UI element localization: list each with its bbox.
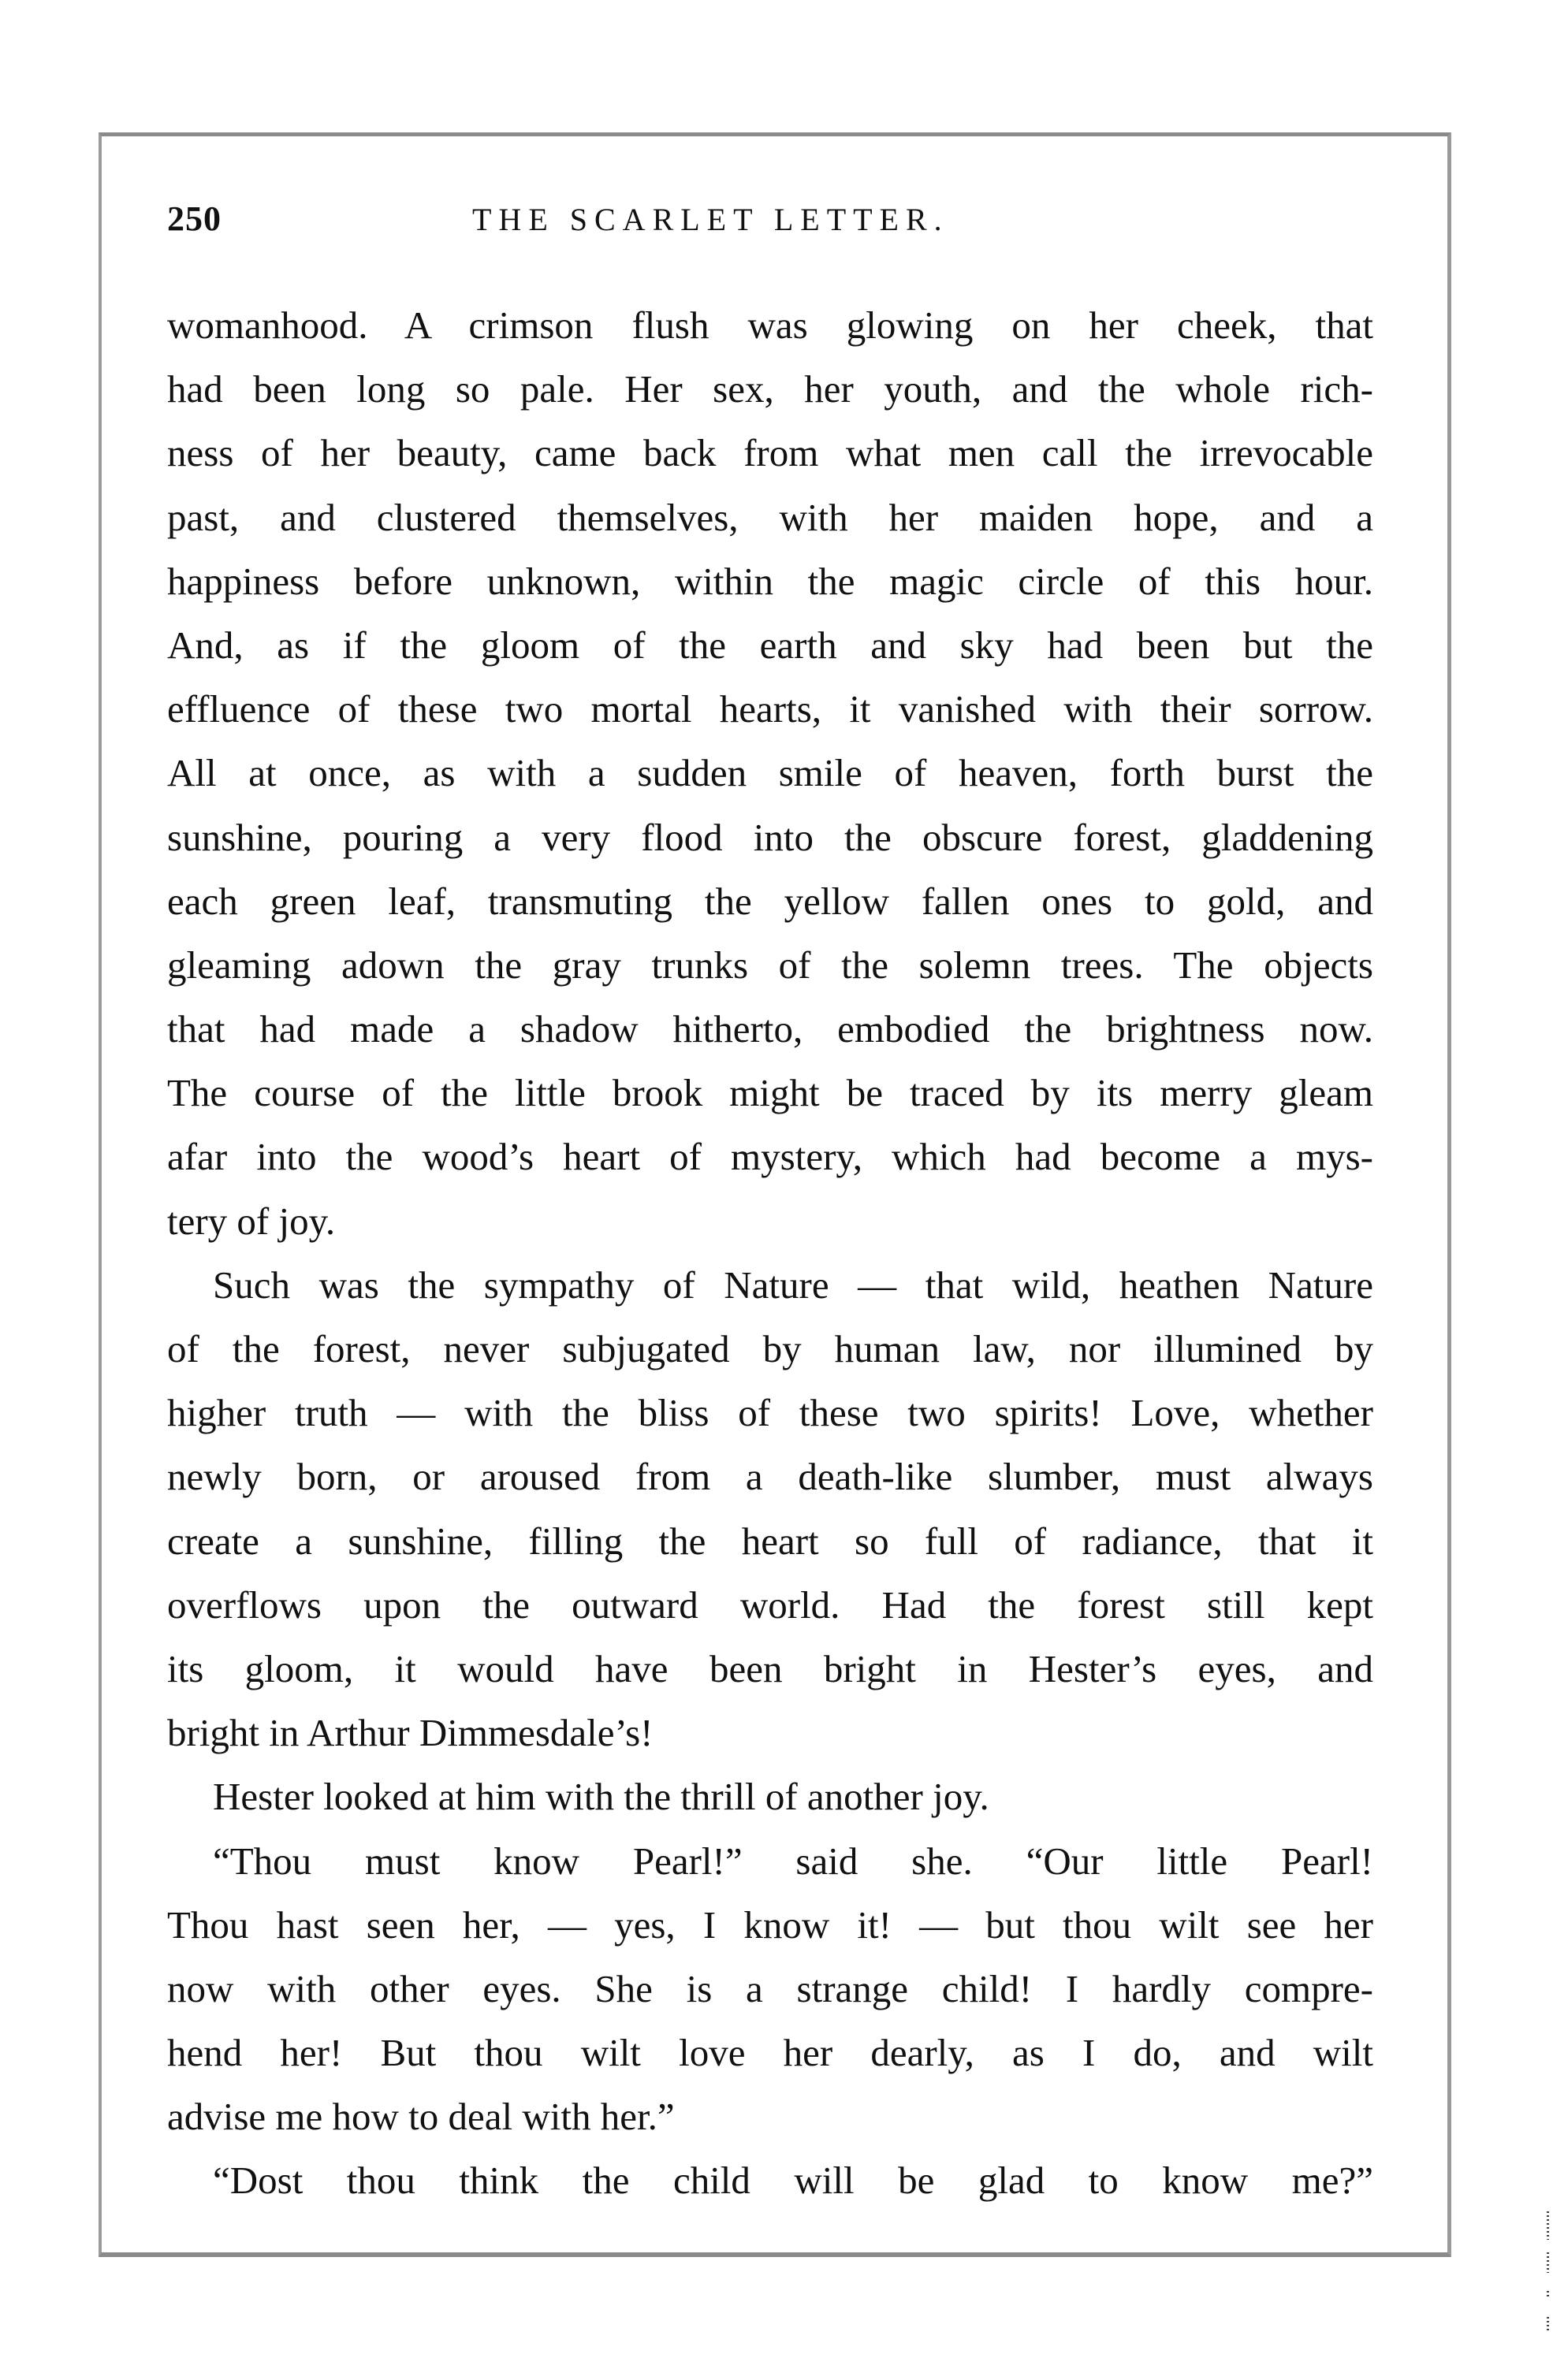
text-line: its gloom, it would have been bright in … <box>167 1637 1373 1701</box>
text-line: now with other eyes. She is a strange ch… <box>167 1957 1373 2021</box>
page-number: 250 <box>167 199 222 239</box>
text-line: tery of joy. <box>167 1189 1373 1253</box>
text-line: Thou hast seen her, — yes, I know it! — … <box>167 1893 1373 1957</box>
scan-speck <box>1547 2252 1549 2273</box>
text-line: ness of her beauty, came back from what … <box>167 421 1373 485</box>
text-line: Such was the sympathy of Nature — that w… <box>167 1253 1373 1317</box>
text-line: of the forest, never subjugated by human… <box>167 1317 1373 1381</box>
text-line: Hester looked at him with the thrill of … <box>167 1765 1373 1828</box>
text-line: past, and clustered themselves, with her… <box>167 485 1373 549</box>
text-line: overflows upon the outward world. Had th… <box>167 1573 1373 1637</box>
text-line: All at once, as with a sudden smile of h… <box>167 741 1373 805</box>
text-line: hend her! But thou wilt love her dearly,… <box>167 2021 1373 2084</box>
text-line: that had made a shadow hitherto, embodie… <box>167 997 1373 1061</box>
text-line: create a sunshine, filling the heart so … <box>167 1509 1373 1573</box>
running-head: 250 THE SCARLET LETTER. <box>167 199 1373 246</box>
text-line: had been long so pale. Her sex, her yout… <box>167 357 1373 421</box>
text-line: higher truth — with the bliss of these t… <box>167 1381 1373 1445</box>
text-line: newly born, or aroused from a death-like… <box>167 1445 1373 1508</box>
text-line: sunshine, pouring a very flood into the … <box>167 805 1373 869</box>
text-line: womanhood. A crimson flush was glowing o… <box>167 293 1373 357</box>
text-line: The course of the little brook might be … <box>167 1061 1373 1125</box>
text-line: happiness before unknown, within the mag… <box>167 549 1373 613</box>
text-line: bright in Arthur Dimmesdale’s! <box>167 1701 1373 1765</box>
scan-speck <box>1547 2317 1549 2333</box>
scan-speck <box>1547 2211 1549 2240</box>
text-line: afar into the wood’s heart of mystery, w… <box>167 1125 1373 1188</box>
body-text: womanhood. A crimson flush was glowing o… <box>167 293 1373 2213</box>
book-title: THE SCARLET LETTER. <box>472 201 949 238</box>
text-line: “Dost thou think the child will be glad … <box>167 2148 1373 2212</box>
scan-speck <box>1547 2291 1549 2297</box>
text-line: “Thou must know Pearl!” said she. “Our l… <box>167 1829 1373 1893</box>
text-line: each green leaf, transmuting the yellow … <box>167 869 1373 933</box>
text-line: And, as if the gloom of the earth and sk… <box>167 613 1373 677</box>
text-line: effluence of these two mortal hearts, it… <box>167 677 1373 741</box>
text-line: gleaming adown the gray trunks of the so… <box>167 933 1373 997</box>
text-line: advise me how to deal with her.” <box>167 2084 1373 2148</box>
